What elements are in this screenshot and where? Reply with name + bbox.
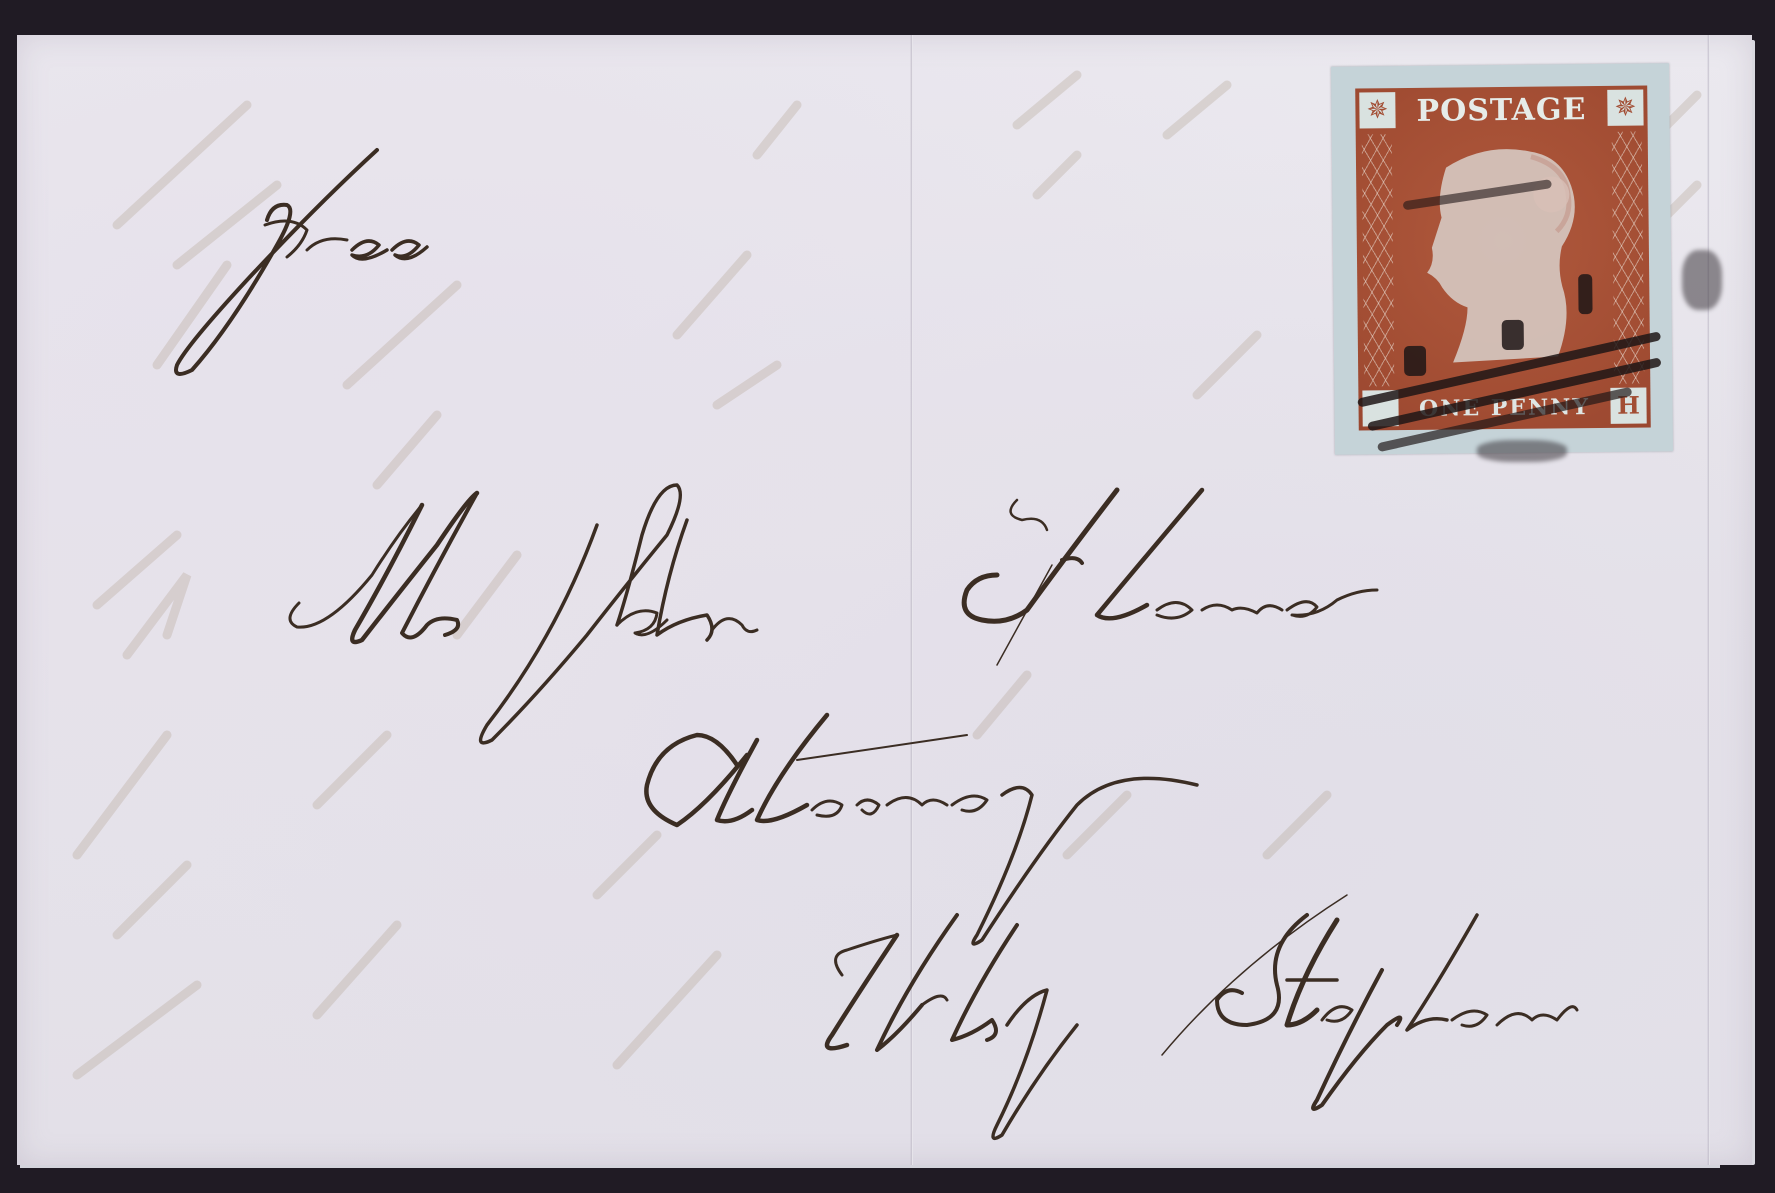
address-line-flower [964, 490, 1377, 665]
annotation-free [176, 150, 427, 374]
queen-victoria-profile-icon [1355, 85, 1651, 430]
postal-cover: ✵ ✵ POSTAGE H ONE PENNY Free [17, 35, 1752, 1165]
stamp-design: ✵ ✵ POSTAGE H ONE PENNY [1355, 85, 1651, 430]
cancellation-smudge [1477, 440, 1567, 462]
address-line-mr [290, 493, 477, 642]
address-line-stephen [1162, 895, 1577, 1109]
address-line-attorney [646, 715, 1197, 944]
cancellation-smudge [1682, 250, 1722, 310]
address-line-kirby [827, 915, 1077, 1138]
address-line-john [481, 485, 757, 743]
penny-red-stamp: ✵ ✵ POSTAGE H ONE PENNY [1331, 63, 1673, 455]
